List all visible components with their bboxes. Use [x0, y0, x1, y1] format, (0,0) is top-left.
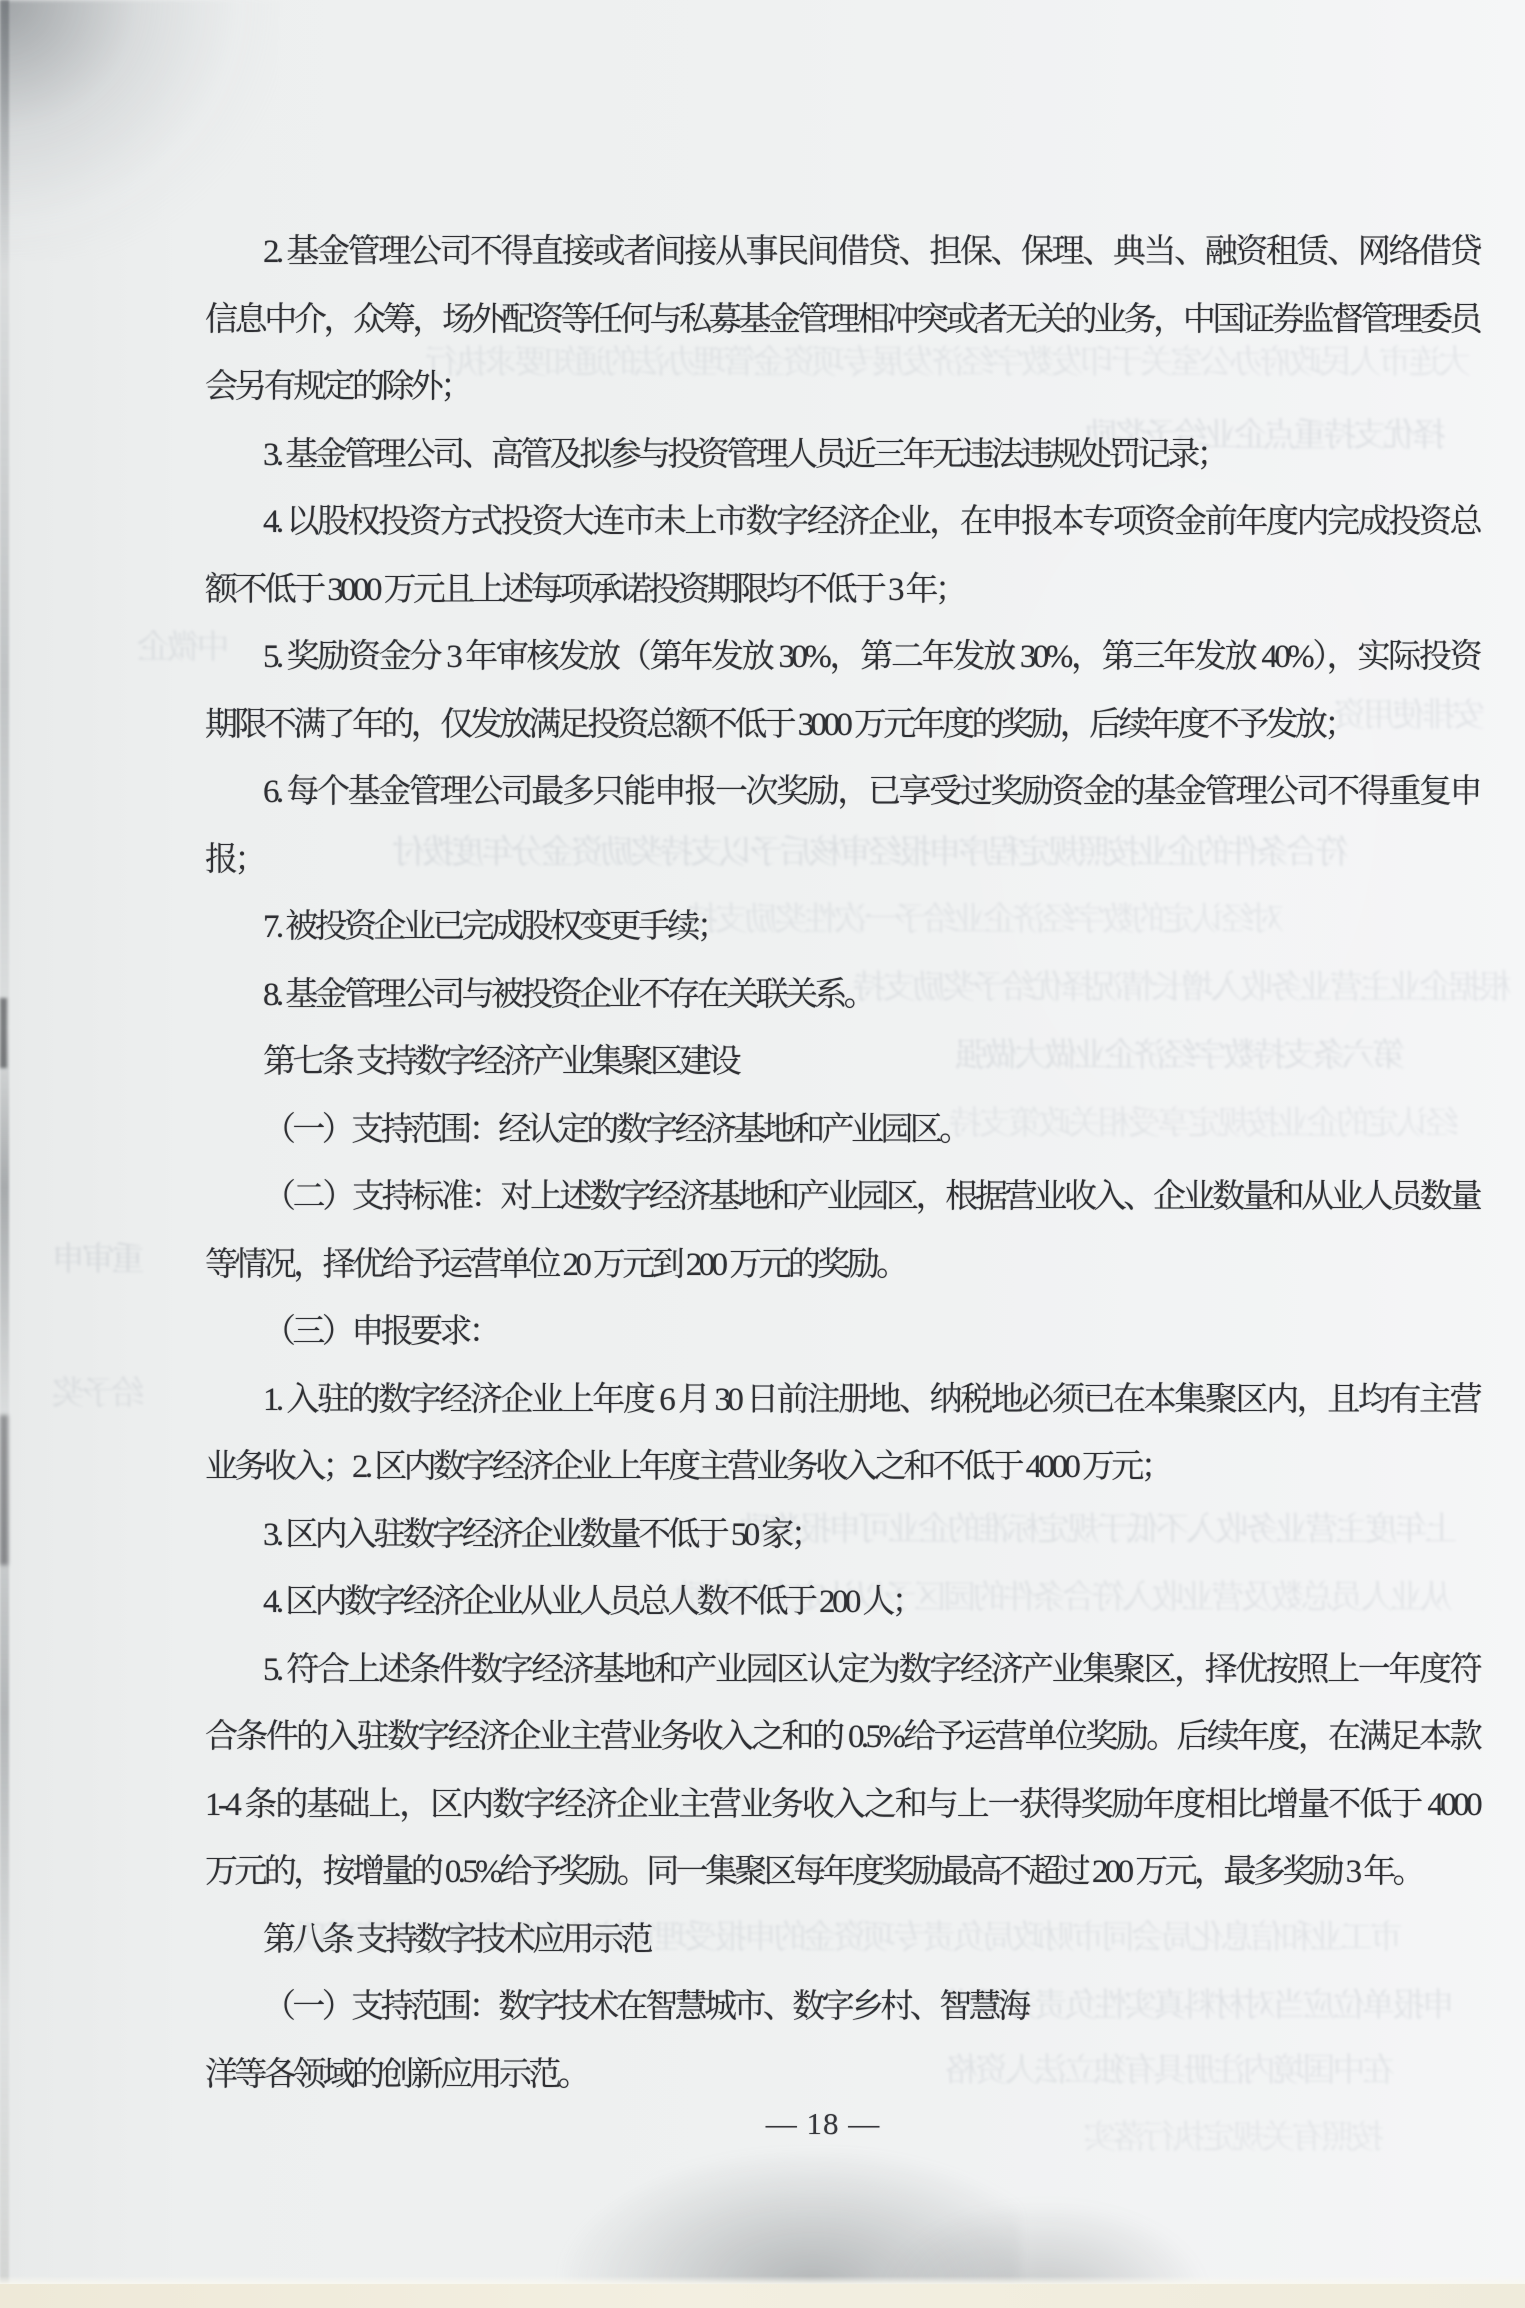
document-body: 2. 基金管理公司不得直接或者间接从事民间借贷、担保、保理、典当、融资租赁、网络… — [205, 219, 1479, 2109]
line-text: 期限不满了年的，仅发放满足投资总额不低于 3000 万元年度的奖励，后续年度不予… — [205, 707, 1354, 743]
scanner-bed-strip — [0, 2284, 1525, 2308]
paper-surface: 大连市人民政府办公室关于印发数字经济发展专项资金管理办法的通知要求执行择优支持重… — [0, 0, 1525, 2284]
bleedthrough-text: 重审申 — [55, 1242, 144, 1278]
text-line: 合条件的入驻数字经济企业主营业务收入之和的 0.5%给予运营单位奖励。后续年度，… — [205, 1704, 1479, 1772]
text-line: 信息中介，众筹，场外配资等任何与私募基金管理相冲突或者无关的业务，中国证券监督管… — [205, 287, 1479, 355]
line-text: 4. 以股权投资方式投资大连市未上市数字经济企业，在申报本专项资金前年度内完成投… — [263, 504, 1479, 540]
page-number: — 18 — — [683, 2104, 963, 2144]
text-line: （三）申报要求： — [205, 1299, 1479, 1367]
line-text: 5. 奖励资金分 3 年审核发放（第年发放 30%，第二年发放 30%，第三年发… — [263, 639, 1479, 675]
line-text: 会另有规定的除外； — [205, 369, 470, 405]
text-line: 8. 基金管理公司与被投资企业不存在关联关系。 — [205, 962, 1479, 1030]
line-text: 6. 每个基金管理公司最多只能申报一次奖励，已享受过奖励资金的基金管理公司不得重… — [263, 774, 1479, 810]
line-text: （三）申报要求： — [263, 1314, 498, 1350]
text-line: 3. 基金管理公司、高管及拟参与投资管理人员近三年无违法违规处罚记录； — [205, 422, 1479, 490]
line-text: 信息中介，众筹，场外配资等任何与私募基金管理相冲突或者无关的业务，中国证券监督管… — [205, 302, 1479, 338]
text-line: 会另有规定的除外； — [205, 354, 1479, 422]
line-text: 7. 被投资企业已完成股权变更手续； — [263, 909, 726, 945]
text-line: 4. 区内数字经济企业从业人员总人数不低于 200 人； — [205, 1569, 1479, 1637]
text-line: 等情况，择优给予运营单位 20 万元到 200 万元的奖励。 — [205, 1232, 1479, 1300]
text-line: 万元的，按增量的 0.5%给予奖励。同一集聚区每年度奖励最高不超过 200 万元… — [205, 1839, 1479, 1907]
line-text: 5. 符合上述条件数字经济基地和产业园区认定为数字经济产业集聚区，择优按照上一年… — [263, 1652, 1479, 1688]
text-line: 第七条 支持数字经济产业集聚区建设 — [205, 1029, 1479, 1097]
text-line: 期限不满了年的，仅发放满足投资总额不低于 3000 万元年度的奖励，后续年度不予… — [205, 692, 1479, 760]
scan-edge-mark — [0, 998, 7, 1068]
text-line: 1. 入驻的数字经济企业上年度 6 月 30 日前注册地、纳税地必须已在本集聚区… — [205, 1367, 1479, 1435]
text-line: （一）支持范围：数字技术在智慧城市、数字乡村、智慧海 — [205, 1974, 1479, 2042]
text-line: 报； — [205, 827, 1479, 895]
line-text: （一）支持范围：数字技术在智慧城市、数字乡村、智慧海 — [263, 1989, 1027, 2025]
text-line: 4. 以股权投资方式投资大连市未上市数字经济企业，在申报本专项资金前年度内完成投… — [205, 489, 1479, 557]
text-line: 7. 被投资企业已完成股权变更手续； — [205, 894, 1479, 962]
line-text: （二）支持标准：对上述数字经济基地和产业园区，根据营业收入、企业数量和从业人员数… — [263, 1179, 1479, 1215]
line-text: 第八条 支持数字技术应用示范 — [263, 1922, 650, 1958]
text-line: 业务收入；2. 区内数字经济企业上年度主营业务收入之和不低于 4000 万元； — [205, 1434, 1479, 1502]
line-text: 3. 区内入驻数字经济企业数量不低于 50 家； — [263, 1517, 820, 1553]
text-line: （二）支持标准：对上述数字经济基地和产业园区，根据营业收入、企业数量和从业人员数… — [205, 1164, 1479, 1232]
text-line: 6. 每个基金管理公司最多只能申报一次奖励，已享受过奖励资金的基金管理公司不得重… — [205, 759, 1479, 827]
bleedthrough-text: 给予奖 — [55, 1376, 144, 1412]
line-text: 1. 入驻的数字经济企业上年度 6 月 30 日前注册地、纳税地必须已在本集聚区… — [263, 1382, 1479, 1418]
line-text: 第七条 支持数字经济产业集聚区建设 — [263, 1044, 738, 1080]
bleedthrough-text: 按照有关规定执行落实 — [1086, 2120, 1384, 2156]
line-text: 报； — [205, 842, 264, 878]
line-text: 8. 基金管理公司与被投资企业不存在关联关系。 — [263, 977, 873, 1013]
text-line: 额不低于 3000 万元且上述每项承诺投资期限均不低于 3 年； — [205, 557, 1479, 625]
text-line: 5. 奖励资金分 3 年审核发放（第年发放 30%，第二年发放 30%，第三年发… — [205, 624, 1479, 692]
line-text: 合条件的入驻数字经济企业主营业务收入之和的 0.5%给予运营单位奖励。后续年度，… — [205, 1719, 1479, 1755]
scanned-document-page: 大连市人民政府办公室关于印发数字经济发展专项资金管理办法的通知要求执行择优支持重… — [0, 0, 1525, 2308]
line-text: 3. 基金管理公司、高管及拟参与投资管理人员近三年无违法违规处罚记录； — [263, 437, 1226, 473]
line-text: 洋等各领域的创新应用示范。 — [205, 2057, 587, 2093]
line-text: 等情况，择优给予运营单位 20 万元到 200 万元的奖励。 — [205, 1247, 906, 1283]
line-text: 2. 基金管理公司不得直接或者间接从事民间借贷、担保、保理、典当、融资租赁、网络… — [263, 234, 1479, 270]
text-line: 2. 基金管理公司不得直接或者间接从事民间借贷、担保、保理、典当、融资租赁、网络… — [205, 219, 1479, 287]
line-text: 万元的，按增量的 0.5%给予奖励。同一集聚区每年度奖励最高不超过 200 万元… — [205, 1854, 1422, 1890]
text-line: （一）支持范围：经认定的数字经济基地和产业园区。 — [205, 1097, 1479, 1165]
text-line: 5. 符合上述条件数字经济基地和产业园区认定为数字经济产业集聚区，择优按照上一年… — [205, 1637, 1479, 1705]
line-text: 额不低于 3000 万元且上述每项承诺投资期限均不低于 3 年； — [205, 572, 964, 608]
line-text: 1-4 条的基础上，区内数字经济企业主营业务收入之和与上一获得奖励年度相比增量不… — [205, 1787, 1479, 1823]
line-text: 4. 区内数字经济企业从业人员总人数不低于 200 人； — [263, 1584, 921, 1620]
text-line: 第八条 支持数字技术应用示范 — [205, 1907, 1479, 1975]
text-line: 1-4 条的基础上，区内数字经济企业主营业务收入之和与上一获得奖励年度相比增量不… — [205, 1772, 1479, 1840]
line-text: 业务收入；2. 区内数字经济企业上年度主营业务收入之和不低于 4000 万元； — [205, 1449, 1170, 1485]
text-line: 3. 区内入驻数字经济企业数量不低于 50 家； — [205, 1502, 1479, 1570]
scan-edge-mark — [0, 1415, 8, 1565]
line-text: （一）支持范围：经认定的数字经济基地和产业园区。 — [263, 1112, 969, 1148]
scan-left-edge — [0, 0, 9, 2284]
text-line: 洋等各领域的创新应用示范。 — [205, 2042, 1479, 2110]
